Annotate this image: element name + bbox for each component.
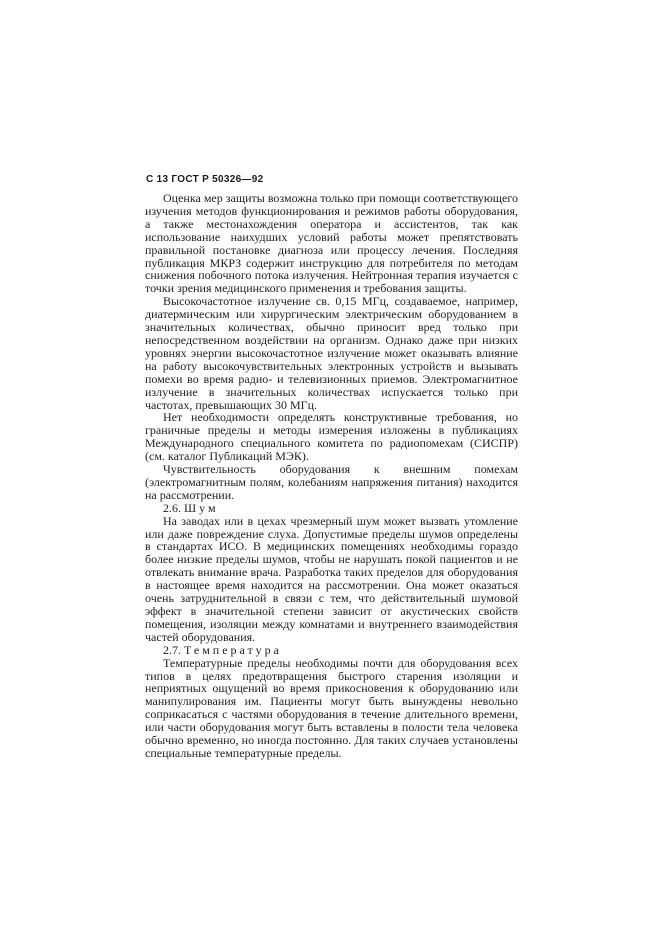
section-heading-noise: 2.6. Шум <box>145 502 518 515</box>
paragraph-temperature: Температурные пределы необходимы почти д… <box>145 657 518 760</box>
section-title: Шум <box>184 501 219 515</box>
paragraph-hf-radiation: Высокочастотное излучение св. 0,15 МГц, … <box>145 295 518 411</box>
section-heading-temperature: 2.7. Температура <box>145 644 518 657</box>
section-number: 2.6. <box>163 501 181 515</box>
paragraph-cispr-limits: Нет необходимости определять конструктив… <box>145 411 518 463</box>
document-body: Оценка мер защиты возможна только при по… <box>145 192 518 760</box>
paragraph-susceptibility: Чувствительность оборудования к внешним … <box>145 463 518 502</box>
paragraph-protection-assessment: Оценка мер защиты возможна только при по… <box>145 192 518 295</box>
page-header: С 13 ГОСТ Р 50326—92 <box>146 174 263 185</box>
paragraph-noise: На заводах или в цехах чрезмерный шум мо… <box>145 515 518 644</box>
document-page: С 13 ГОСТ Р 50326—92 Оценка мер защиты в… <box>0 0 661 935</box>
section-number: 2.7. <box>163 643 181 657</box>
section-title: Температура <box>184 643 282 657</box>
